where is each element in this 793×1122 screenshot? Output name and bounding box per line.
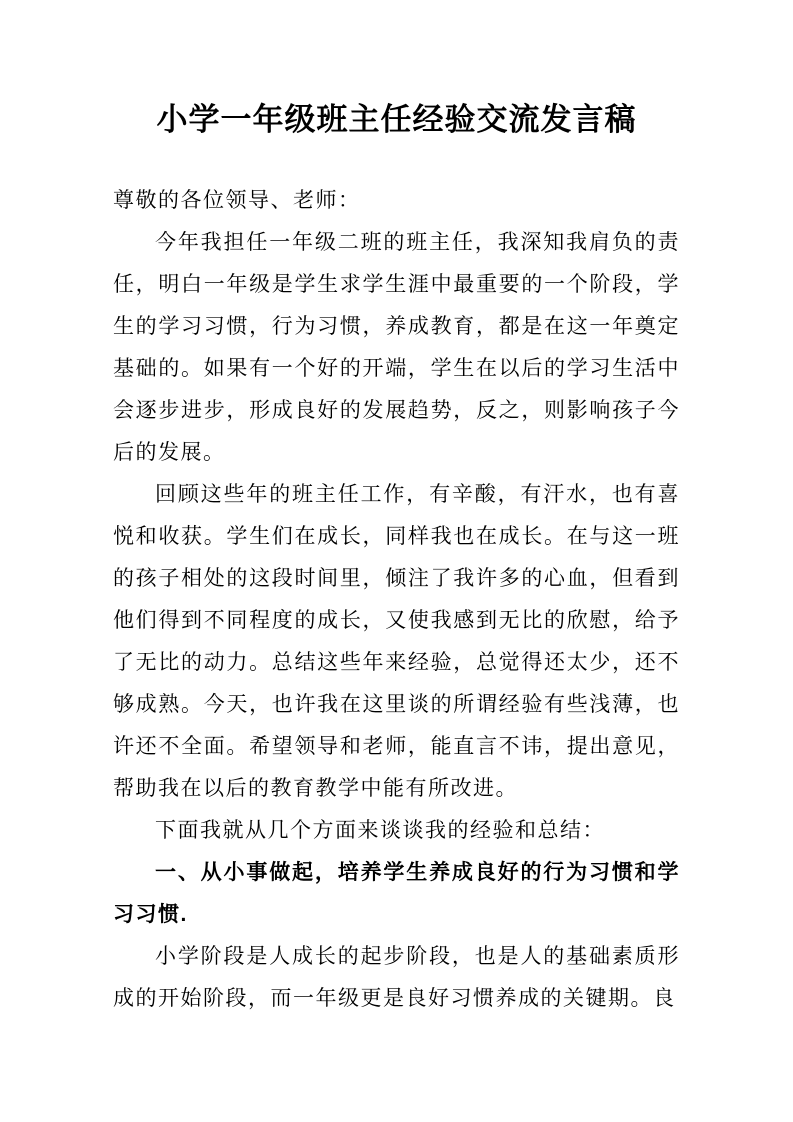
section-heading: 一、从小事做起，培养学生养成良好的行为习惯和学习习惯. <box>113 852 680 936</box>
paragraph: 尊敬的各位领导、老师： <box>113 180 680 222</box>
paragraph: 下面我就从几个方面来谈谈我的经验和总结： <box>113 810 680 852</box>
paragraph: 回顾这些年的班主任工作，有辛酸，有汗水，也有喜悦和收获。学生们在成长，同样我也在… <box>113 474 680 810</box>
document-title: 小学一年级班主任经验交流发言稿 <box>113 98 680 142</box>
document-page: 小学一年级班主任经验交流发言稿 尊敬的各位领导、老师：今年我担任一年级二班的班主… <box>0 0 793 1122</box>
document-content: 小学一年级班主任经验交流发言稿 尊敬的各位领导、老师：今年我担任一年级二班的班主… <box>0 0 793 1122</box>
paragraph: 今年我担任一年级二班的班主任，我深知我肩负的责任，明白一年级是学生求学生涯中最重… <box>113 222 680 474</box>
document-body: 尊敬的各位领导、老师：今年我担任一年级二班的班主任，我深知我肩负的责任，明白一年… <box>113 180 680 1020</box>
paragraph: 小学阶段是人成长的起步阶段，也是人的基础素质形成的开始阶段，而一年级更是良好习惯… <box>113 936 680 1020</box>
